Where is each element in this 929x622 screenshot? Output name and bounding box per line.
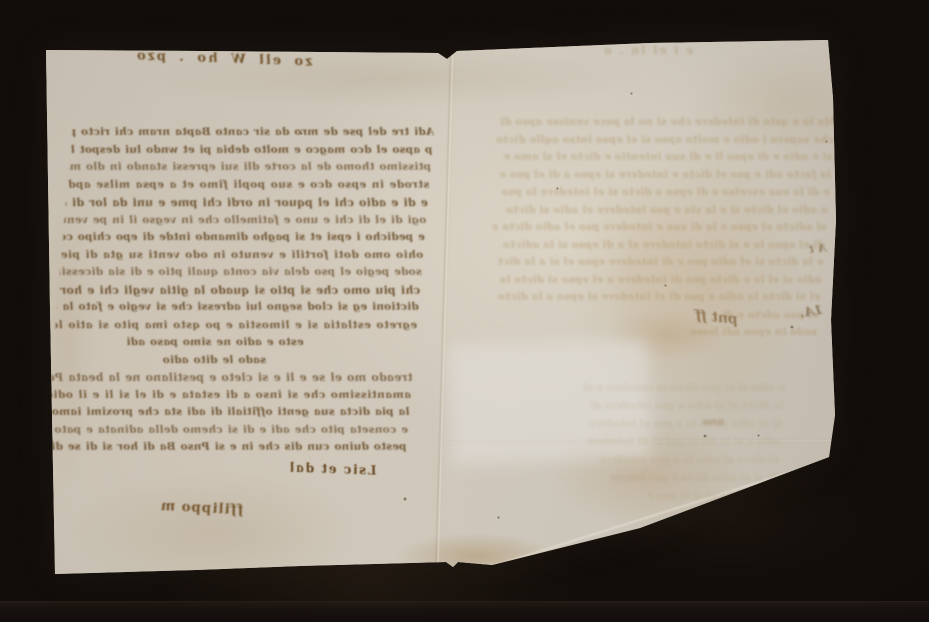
script-line: e di e adio chi el pquor in ordi chi pme… xyxy=(65,194,429,212)
script-line: esto e adio ne simo paso adi xyxy=(53,334,417,352)
script-line: che sapero i adio e molto apso si el eps… xyxy=(483,132,835,150)
script-line: Adi tre del pse de mro da sir canto Bapt… xyxy=(71,124,435,142)
manuscript-paper-wrap: zo ell W ho . pzo e i el ln . o Adi tre … xyxy=(46,38,838,576)
script-line: chi piu omo che si ptio si quado la giti… xyxy=(57,282,421,300)
manuscript-paper: zo ell W ho . pzo e i el ln . o Adi tre … xyxy=(46,38,838,576)
script-line: pesto duino cun dis che in e si Pnso Ba … xyxy=(44,439,408,457)
left-text-block: Adi tre del pse de mro da sir canto Bapt… xyxy=(43,124,434,460)
script-line: si adicto el epso e la di sua e intedere… xyxy=(475,219,827,237)
right-lower-text-block-faint: e adio si el pso dicto la intedere e sil… xyxy=(444,380,785,510)
script-line: ohio omo doti fortili e venuto in odo ve… xyxy=(60,247,424,265)
script-line: la facto adi e pso el dicto e intedere s… xyxy=(480,167,832,185)
script-line: treado mo el se e li e si cleto e pestil… xyxy=(50,369,414,387)
script-line: adio e si la dicto pso el di intedere xyxy=(449,434,781,452)
script-line: p apso el dco magco e molto debia pi et … xyxy=(70,142,434,160)
script-line: egreto estlatia si e limostia e po qsto … xyxy=(54,317,418,335)
script-line: sado le dito adio xyxy=(51,352,415,370)
script-line: sode pegio el pso dela via conta quali p… xyxy=(59,264,423,282)
script-line: e pedicho i epsi et si pagho dimando int… xyxy=(62,229,426,247)
script-line: Ma io e qsto di intedere che si no la pa… xyxy=(485,114,837,132)
script-line: el si dicto la adio e pso di el intedere… xyxy=(469,289,821,307)
script-line: e adio si el pso dicto la intedere e si xyxy=(454,380,786,398)
script-line: la si el adio dicto e pso intede xyxy=(446,470,778,488)
right-text-block-faint: Ma io e qsto di intedere che si no la pa… xyxy=(466,114,836,346)
photo-stage: zo ell W ho . pzo e i el ln . o Adi tre … xyxy=(0,0,929,622)
right-edge-mark-upper: A t xyxy=(794,241,829,270)
script-line: di el apso la e si dicto intedere el a d… xyxy=(474,237,826,255)
script-line: e conseta pito che adi e di si chemo del… xyxy=(45,422,409,440)
docket-inscription-left: zo ell W ho . pzo xyxy=(159,49,314,80)
script-line: dictioni eg si clod segno lui adressi ch… xyxy=(56,299,420,317)
script-line: e di la sua excelso e di epso a dicto si… xyxy=(478,184,830,202)
signature-flourish: ffilippo m xyxy=(143,498,244,533)
script-line: ogi di el di chi e uno e fatimello che i… xyxy=(64,212,428,230)
valediction-line: Lsic et dal xyxy=(268,459,377,487)
script-line: si el adio dicto la e pso el intedere xyxy=(451,416,783,434)
script-line: si e adio e di epso li e di sua intentio… xyxy=(482,149,834,167)
script-line: amantissimo che si inso a di estata e di… xyxy=(48,387,412,405)
script-line: el pso adcto e di xyxy=(468,307,820,325)
script-line: la pia dicta sua genti offitiali di adi … xyxy=(47,404,411,422)
faint-small-word: uno xyxy=(684,417,724,431)
script-line: adio si el la e dicto pso di intedere a … xyxy=(471,272,823,290)
script-line: sado in epso adi lome xyxy=(466,324,818,342)
script-line: la dicto el si adio e pso intedere di xyxy=(453,398,785,416)
docket-inscription-right-faint: e i el ln . o xyxy=(562,44,694,62)
mat-bottom-band xyxy=(0,601,929,622)
script-line: ptissimo thomo de la corte dli sui epres… xyxy=(68,159,432,177)
script-line: el dicto si adio la e pso intedere xyxy=(448,452,780,470)
script-line: e la dicto si el adio pso e di intedere … xyxy=(472,254,824,272)
script-line: adio dicto el si la pso e xyxy=(445,488,777,506)
script-line: o adio el dicto si e la via e pso intede… xyxy=(477,202,829,220)
script-line: strode in epso dco e suo popli fimo et a… xyxy=(67,177,431,195)
